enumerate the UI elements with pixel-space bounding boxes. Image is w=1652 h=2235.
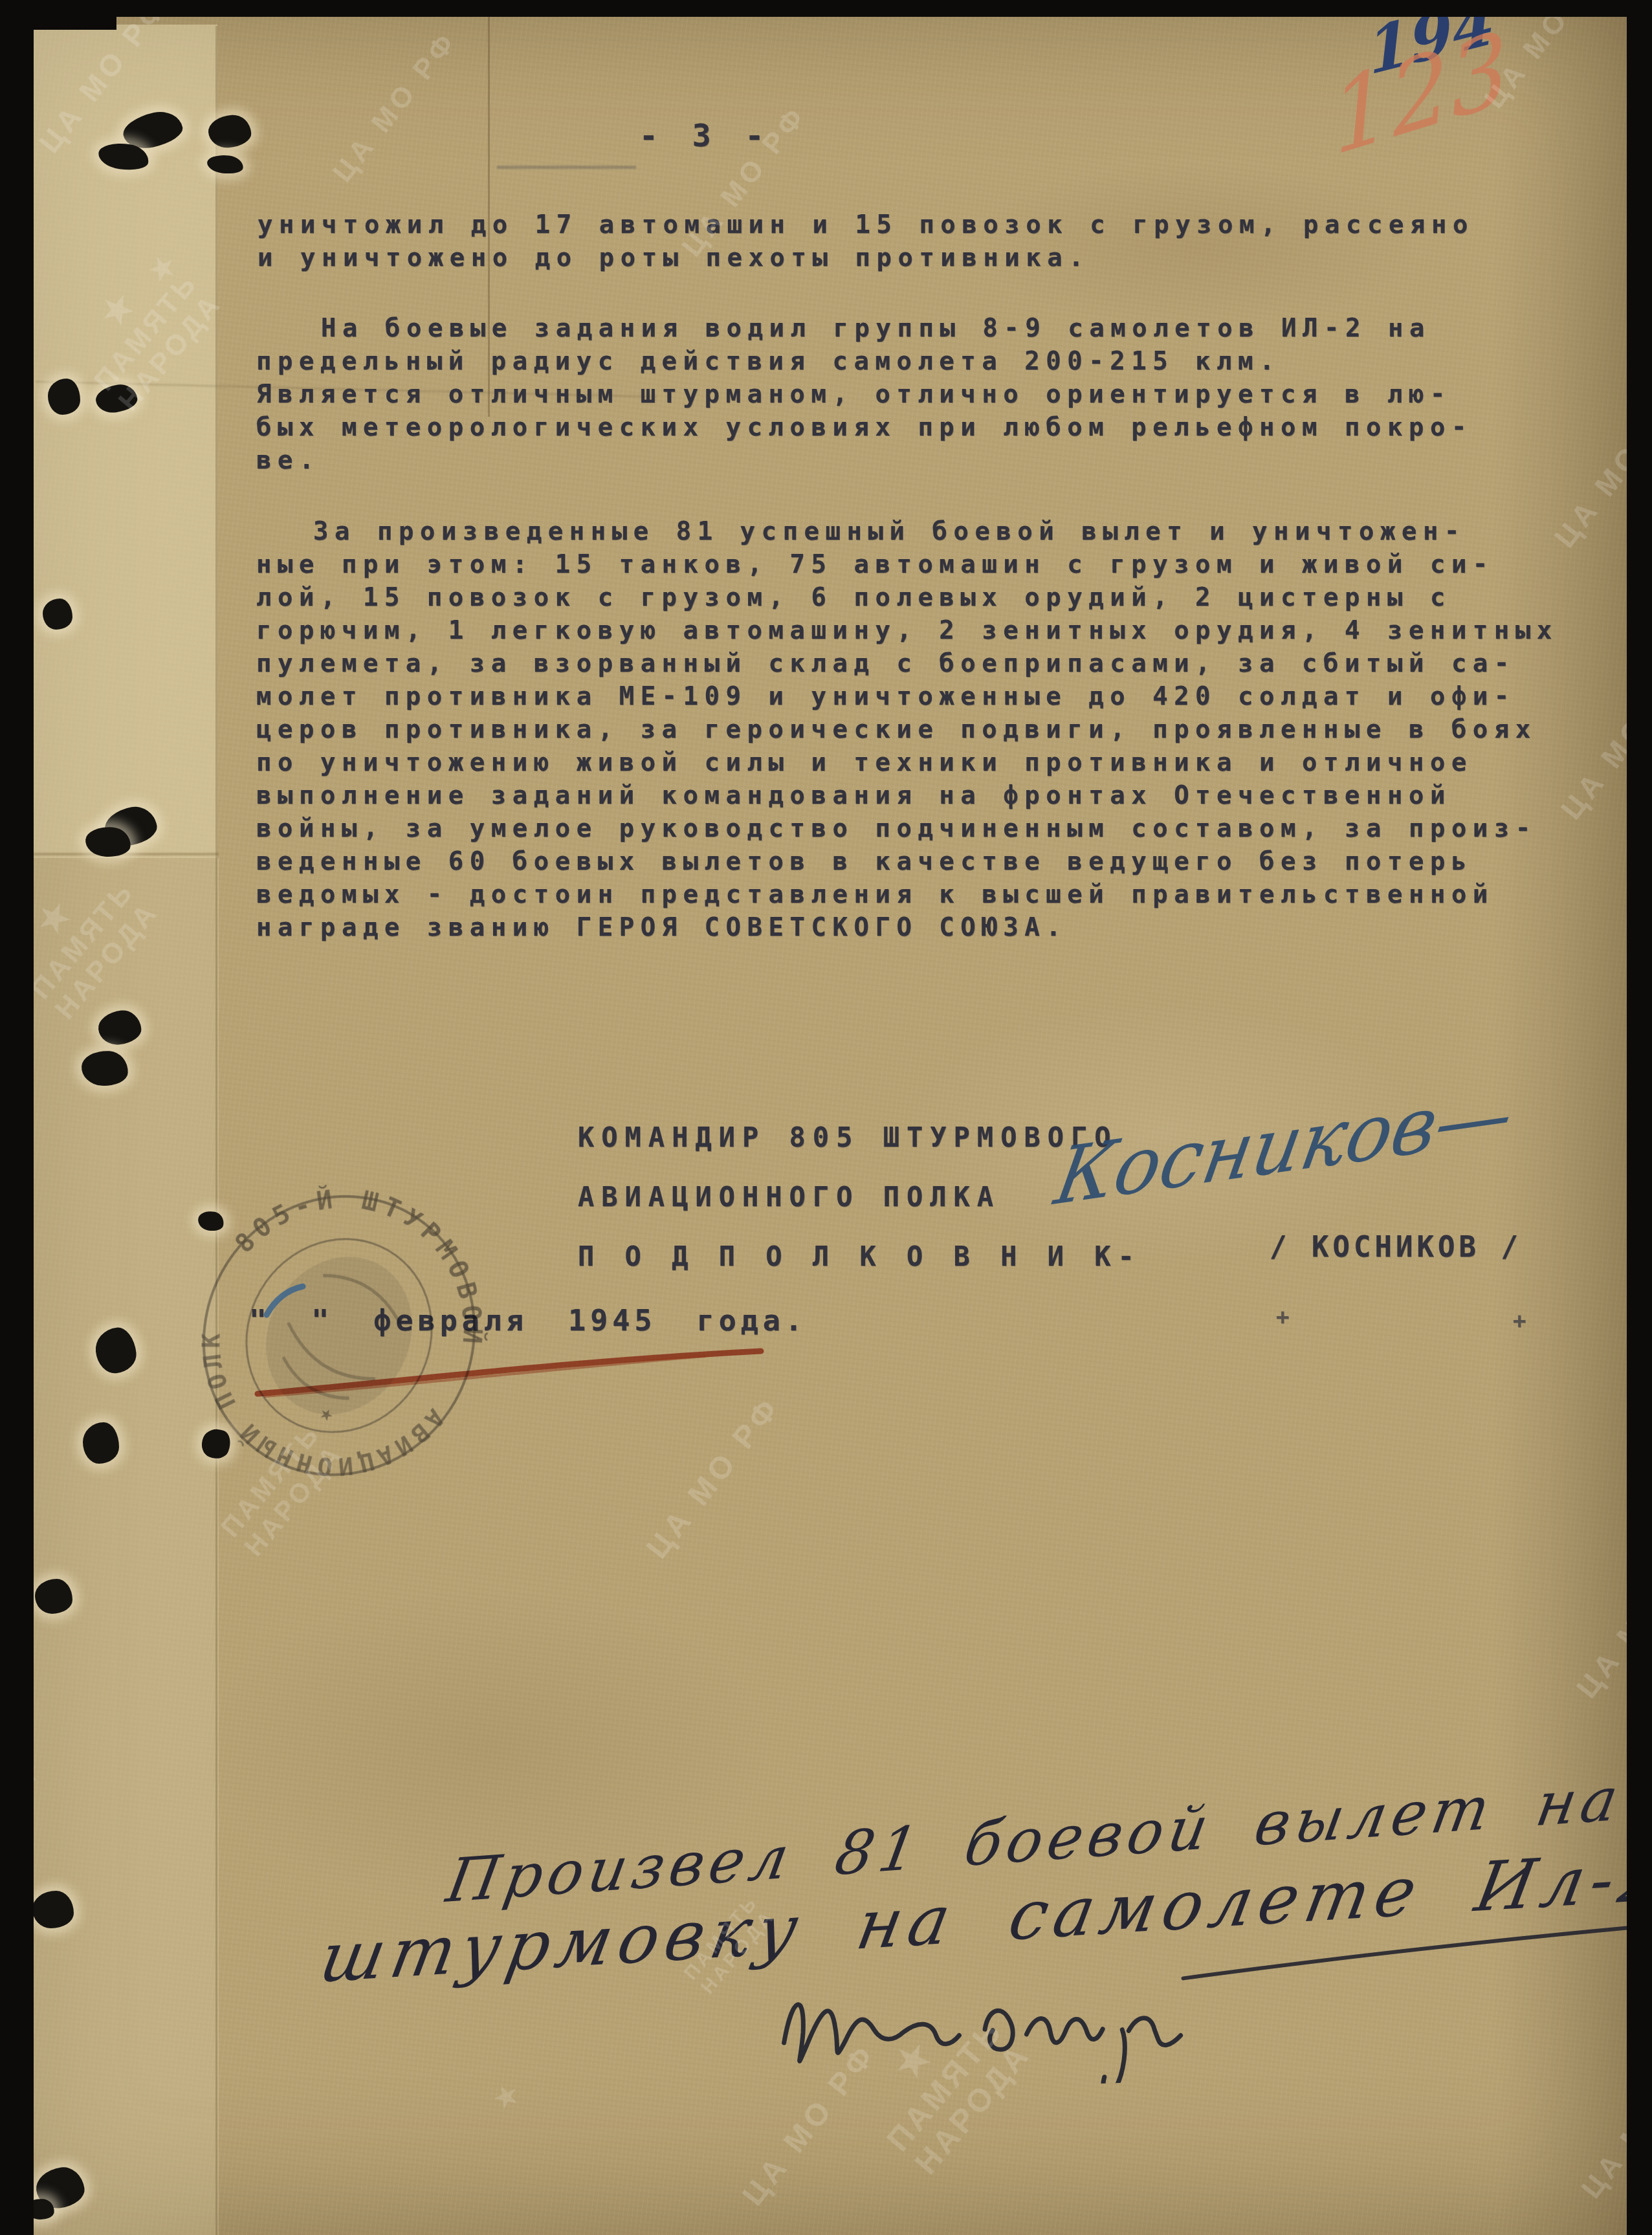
punch-hole: [43, 599, 72, 630]
scanned-document-page: 194 123 - 3 - уничтожил до 17 автомашин …: [0, 0, 1652, 2235]
scan-edge-right: [1627, 0, 1652, 2235]
paragraph-3: За произведенные 81 успешный боевой выле…: [256, 515, 1589, 944]
scan-edge-left: [0, 0, 34, 2235]
scan-edge-top: [0, 0, 1652, 17]
plus-mark-right: +: [1513, 1308, 1526, 1334]
punch-hole: [35, 1579, 72, 1614]
punch-hole: [83, 1422, 119, 1464]
paragraph-2: На боевые задания водил группы 8-9 самол…: [256, 312, 1589, 477]
punch-hole: [48, 379, 80, 415]
blue-pen-tick: [263, 1281, 314, 1327]
plus-mark-left: +: [1276, 1305, 1289, 1330]
punch-hole: [32, 1891, 74, 1928]
signature-trailing-line: [1182, 1928, 1629, 1978]
commander-typed-name: / КОСНИКОВ /: [1270, 1231, 1522, 1264]
red-strike-line: [252, 1334, 770, 1405]
paragraph-1: уничтожил до 17 автомашин и 15 повозок с…: [258, 208, 1591, 274]
